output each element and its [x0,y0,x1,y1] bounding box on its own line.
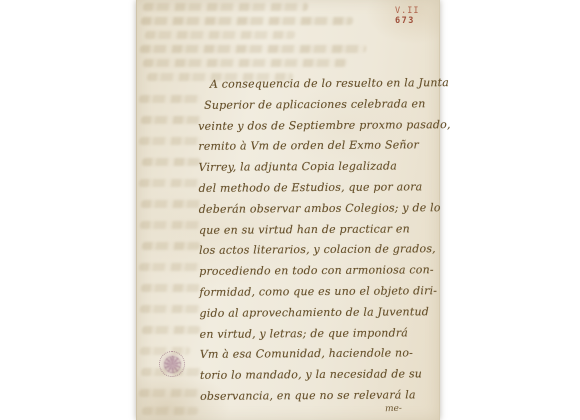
bleedthrough-line [140,45,367,53]
manuscript-line: torio lo mandado, y la necesidad de su [200,364,440,386]
folio-volume: V.II [395,6,419,16]
manuscript-line: del methodo de Estudios, que por aora [199,177,439,199]
folio-number: 673 [395,16,419,26]
bleedthrough-line [141,116,202,124]
manuscript-line: Vm à esa Comunidad, haciendole no- [200,344,440,366]
bleedthrough-line [142,326,201,334]
bleedthrough-line [140,221,202,229]
manuscript-line: A consequencia de lo resuelto en la Junt… [198,73,438,95]
bleedthrough-line [143,3,309,11]
manuscript-line: Virrey, la adjunta Copia legalizada [198,156,438,178]
bleedthrough-line [139,263,202,271]
bleedthrough-line [139,95,202,103]
catchword: me- [385,404,402,415]
bleedthrough-line [141,17,354,25]
manuscript-line: gido al aprovechamiento de la Juventud [199,302,439,324]
folio-stamp: V.II 673 [395,6,419,26]
bleedthrough-line [142,242,201,250]
library-seal-icon [159,351,185,377]
manuscript-line: Superior de aplicaciones celebrada en [198,94,438,116]
manuscript-line: remito à Vm de orden del Exmo Señor [198,136,438,158]
bleedthrough-line [139,137,203,145]
bleedthrough-line [139,179,202,187]
manuscript-line: los actos literarios, y colacion de grad… [199,240,439,262]
bleedthrough-line [143,59,348,67]
manuscript-page: V.II 673 A consequencia de lo resuelto e… [136,0,440,420]
bleedthrough-line [141,284,201,292]
bleedthrough-line [142,158,201,166]
bleedthrough-line [142,407,199,415]
manuscript-line: formidad, como que es uno el objeto diri… [199,281,439,303]
manuscript-line: observancia, en que no se relevará la [200,385,440,407]
manuscript-line: deberán observar ambos Colegios; y de lo [199,198,439,220]
scanned-document-view: V.II 673 A consequencia de lo resuelto e… [0,0,580,420]
bleedthrough-line [145,31,296,39]
bleedthrough-line [140,305,202,313]
manuscript-line: en virtud, y letras; de que impondrá [200,323,440,345]
manuscript-line: veinte y dos de Septiembre proxmo pasado… [198,115,438,137]
seal-emblem-icon [164,356,181,373]
bleedthrough-line [139,389,202,397]
manuscript-line: que en su virtud han de practicar en [199,219,439,241]
manuscript-line: procediendo en todo con armoniosa con- [199,260,439,282]
manuscript-text: A consequencia de lo resuelto en la Junt… [198,73,440,407]
bleedthrough-line [141,200,202,208]
